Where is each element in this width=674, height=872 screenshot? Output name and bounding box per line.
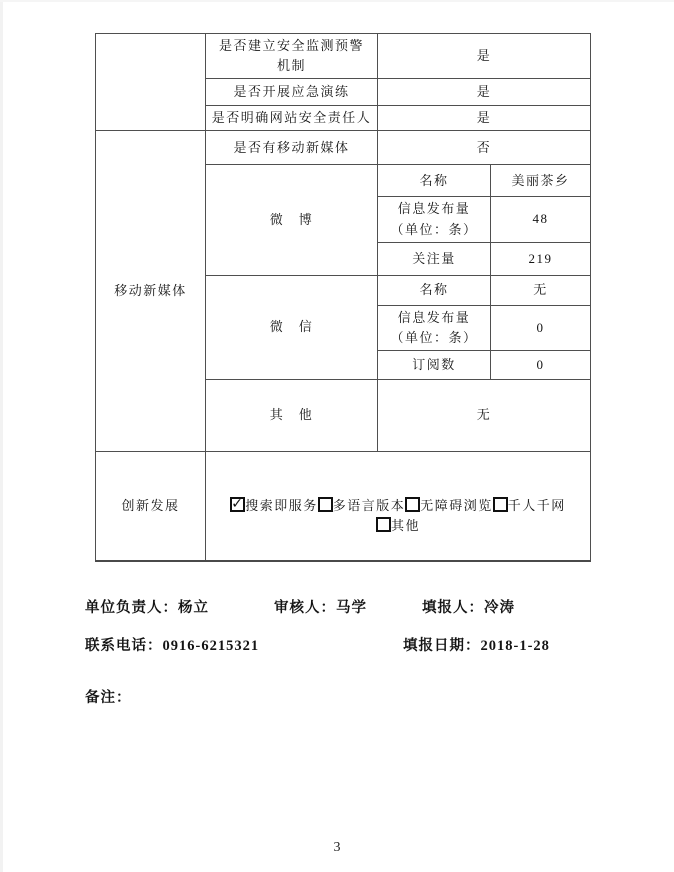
checkbox-icon bbox=[230, 497, 245, 512]
table-row: 是否建立安全监测预警 机制 是 bbox=[96, 34, 591, 79]
other-media-label: 其 他 bbox=[206, 379, 378, 451]
security-row-label: 是否明确网站安全责任人 bbox=[206, 106, 378, 131]
checkbox-item: 千人千网 bbox=[493, 496, 566, 516]
scan-edge bbox=[0, 0, 3, 872]
checkbox-label: 多语言版本 bbox=[333, 498, 406, 513]
date-value: 2018-1-28 bbox=[481, 638, 550, 654]
date-label: 填报日期： bbox=[403, 638, 481, 654]
unit-head-field: 单位负责人：杨立 bbox=[85, 596, 209, 617]
section-label-innovation: 创新发展 bbox=[96, 451, 206, 561]
scan-edge bbox=[0, 0, 674, 2]
security-row-label: 是否开展应急演练 bbox=[206, 79, 378, 106]
wechat-label: 微 信 bbox=[206, 275, 378, 379]
table-row: 创新发展 搜索即服务多语言版本无障碍浏览千人千网其他 bbox=[96, 451, 591, 561]
wechat-subscribers-value: 0 bbox=[491, 350, 591, 379]
reviewer-value: 马学 bbox=[336, 600, 367, 616]
security-row-label: 是否建立安全监测预警 机制 bbox=[206, 34, 378, 79]
checkbox-label: 其他 bbox=[391, 518, 420, 533]
table-row: 移动新媒体 是否有移动新媒体 否 bbox=[96, 131, 591, 165]
innovation-checkbox-group: 搜索即服务多语言版本无障碍浏览千人千网其他 bbox=[206, 451, 591, 561]
filler-label: 填报人： bbox=[422, 600, 484, 616]
report-table: 是否建立安全监测预警 机制 是 是否开展应急演练 是 是否明确网站安全责任人 是… bbox=[95, 33, 591, 562]
checkbox-icon bbox=[493, 497, 508, 512]
document-page: 是否建立安全监测预警 机制 是 是否开展应急演练 是 是否明确网站安全责任人 是… bbox=[0, 0, 674, 872]
reviewer-field: 审核人：马学 bbox=[274, 596, 367, 617]
section-label-mobile-media: 移动新媒体 bbox=[96, 131, 206, 452]
security-row-value: 是 bbox=[378, 79, 591, 106]
weibo-name-label: 名称 bbox=[378, 165, 491, 197]
phone-label: 联系电话： bbox=[85, 638, 163, 654]
wechat-posts-value: 0 bbox=[491, 305, 591, 350]
weibo-label: 微 博 bbox=[206, 165, 378, 275]
checkbox-label: 无障碍浏览 bbox=[420, 498, 493, 513]
checkbox-icon bbox=[318, 497, 333, 512]
note-label: 备注： bbox=[85, 690, 132, 706]
has-mobile-media-label: 是否有移动新媒体 bbox=[206, 131, 378, 165]
checkbox-icon bbox=[376, 517, 391, 532]
phone-value: 0916-6215321 bbox=[163, 638, 260, 654]
note-field: 备注： bbox=[85, 686, 132, 707]
checkbox-item: 多语言版本 bbox=[318, 496, 406, 516]
wechat-name-value: 无 bbox=[491, 275, 591, 305]
checkbox-item: 其他 bbox=[376, 516, 420, 536]
weibo-name-value: 美丽茶乡 bbox=[491, 165, 591, 197]
security-row-value: 是 bbox=[378, 106, 591, 131]
other-media-value: 无 bbox=[378, 379, 591, 451]
has-mobile-media-value: 否 bbox=[378, 131, 591, 165]
wechat-posts-label: 信息发布量 （单位：条） bbox=[378, 305, 491, 350]
checkbox-label: 千人千网 bbox=[508, 498, 566, 513]
wechat-name-label: 名称 bbox=[378, 275, 491, 305]
filler-field: 填报人：冷涛 bbox=[422, 596, 515, 617]
filler-value: 冷涛 bbox=[484, 600, 515, 616]
reviewer-label: 审核人： bbox=[274, 600, 336, 616]
unit-head-value: 杨立 bbox=[178, 600, 209, 616]
checkbox-icon bbox=[405, 497, 420, 512]
wechat-subscribers-label: 订阅数 bbox=[378, 350, 491, 379]
phone-field: 联系电话：0916-6215321 bbox=[85, 634, 259, 655]
page-number: 3 bbox=[0, 840, 674, 856]
checkbox-item: 搜索即服务 bbox=[230, 496, 318, 516]
weibo-followers-label: 关注量 bbox=[378, 242, 491, 275]
checkbox-item: 无障碍浏览 bbox=[405, 496, 493, 516]
security-row-value: 是 bbox=[378, 34, 591, 79]
date-field: 填报日期：2018-1-28 bbox=[403, 634, 550, 655]
checkbox-label: 搜索即服务 bbox=[245, 498, 318, 513]
weibo-followers-value: 219 bbox=[491, 242, 591, 275]
unit-head-label: 单位负责人： bbox=[85, 600, 178, 616]
weibo-posts-value: 48 bbox=[491, 197, 591, 242]
weibo-posts-label: 信息发布量 （单位：条） bbox=[378, 197, 491, 242]
section-cell-empty bbox=[96, 34, 206, 131]
